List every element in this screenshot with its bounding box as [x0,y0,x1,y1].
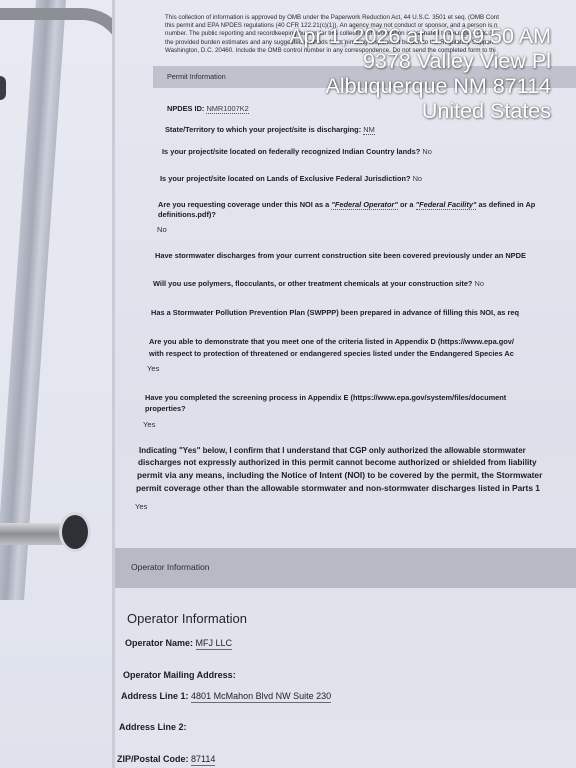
question-text: or a [400,200,414,209]
overlay-city: Albuquerque NM 87114 [289,74,551,99]
federal-operator-answer: No [157,225,167,234]
confirm-line: Indicating "Yes" below, I confirm that I… [139,446,526,455]
federal-operator-question-line2: definitions.pdf)? [158,210,216,219]
polymers-question: Will you use polymers, flocculants, or o… [153,279,484,288]
zip-code-field: ZIP/Postal Code: 87114 [117,754,215,764]
npdes-id-value: NMR1007K2 [206,104,248,114]
address-line-2-label: Address Line 2: [119,722,187,732]
question-text: Is your project/site located on federall… [162,147,420,156]
appendix-e-question-line2: properties? [145,404,186,413]
address-line-1-label: Address Line 1: [121,691,189,701]
federal-facility-link[interactable]: "Federal Facility" [416,200,477,210]
overlay-street: 9378 Valley View Pl [289,49,551,74]
mailing-address-label: Operator Mailing Address: [123,670,236,680]
overlay-datetime: Apr 1, 2026 at 10:09:50 AM [289,24,551,49]
state-label: State/Territory to which your project/si… [165,125,361,134]
federal-operator-question: Are you requesting coverage under this N… [158,200,535,209]
confirm-line: permit coverage other than the allowable… [136,483,540,493]
overlay-country: United States [289,99,551,124]
operator-name-value: MFJ LLC [196,638,233,650]
question-text: Are you requesting coverage under this N… [158,200,329,209]
answer-text: No [413,174,422,183]
notice-line: This collection of information is approv… [165,14,576,22]
appendix-d-answer: Yes [147,364,159,373]
operator-information-bar: Operator Information [115,548,576,588]
binder-ring-left-end [0,76,6,100]
question-text: Is your project/site located on Lands of… [160,174,411,183]
appendix-e-answer: Yes [143,420,155,429]
confirm-line: discharges not expressly authorized in t… [138,458,537,467]
operator-name-field: Operator Name: MFJ LLC [125,638,232,648]
state-field: State/Territory to which your project/si… [165,125,375,134]
confirm-answer: Yes [135,502,147,511]
appendix-d-question-line1: Are you able to demonstrate that you mee… [149,337,514,346]
answer-text: No [475,279,484,288]
indian-country-question: Is your project/site located on federall… [162,147,432,156]
state-value: NM [363,125,375,135]
appendix-e-question-line1: Have you completed the screening process… [145,393,506,402]
npdes-id-label: NPDES ID: [167,104,204,113]
swppp-question: Has a Stormwater Pollution Prevention Pl… [151,308,519,317]
photo-scene: This collection of information is approv… [0,0,576,768]
zip-code-label: ZIP/Postal Code: [117,754,189,764]
operator-information-heading: Operator Information [127,611,247,626]
zip-code-value: 87114 [191,754,215,766]
address-line-1-field: Address Line 1: 4801 McMahon Blvd NW Sui… [121,691,331,701]
federal-operator-link[interactable]: "Federal Operator" [331,200,398,210]
binder-ring-bottom-hole [62,515,88,549]
photo-timestamp-overlay: Apr 1, 2026 at 10:09:50 AM 9378 Valley V… [289,24,551,124]
appendix-d-question-line2: with respect to protection of threatened… [149,349,514,358]
previous-coverage-question: Have stormwater discharges from your cur… [155,251,526,260]
question-text: as defined in Ap [479,200,536,209]
operator-name-label: Operator Name: [125,638,193,648]
confirm-line: permit via any means, including the Noti… [137,470,542,480]
npdes-id-field: NPDES ID: NMR1007K2 [167,104,249,113]
federal-jurisdiction-question: Is your project/site located on Lands of… [160,174,422,183]
answer-text: No [422,147,431,156]
question-text: Will you use polymers, flocculants, or o… [153,279,472,288]
address-line-1-value: 4801 McMahon Blvd NW Suite 230 [191,691,331,703]
